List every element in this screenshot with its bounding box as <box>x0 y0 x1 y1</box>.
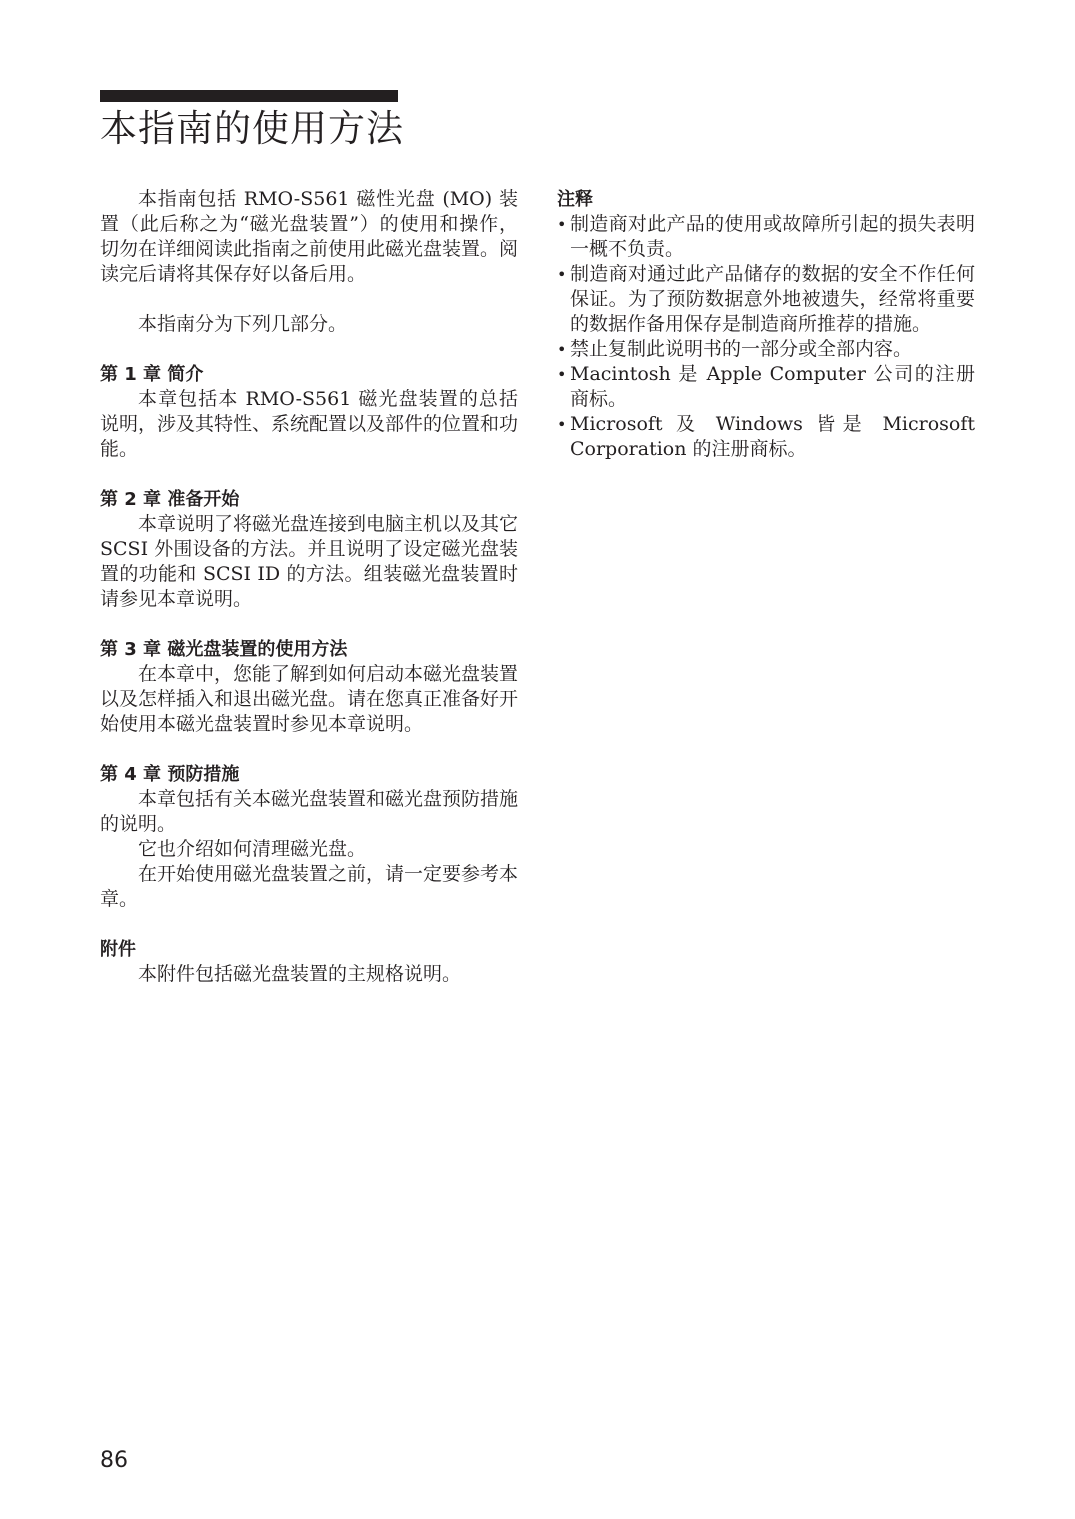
bullet-icon: • <box>557 362 566 387</box>
section-heading: 第 4 章 预防措施 <box>100 762 518 787</box>
intro-paragraph: 本指南包括 RMO-S561 磁性光盘 (MO) 装置（此后称之为“磁光盘装置”… <box>100 187 518 287</box>
section-heading: 附件 <box>100 937 518 962</box>
title-rule <box>100 90 398 102</box>
note-item: • Macintosh 是 Apple Computer 公司的注册商标。 <box>557 362 975 412</box>
note-text: 制造商对此产品的使用或故障所引起的损失表明一概不负责。 <box>570 213 975 260</box>
section-paragraph: 本章包括本 RMO-S561 磁光盘装置的总括说明，涉及其特性、系统配置以及部件… <box>100 387 518 462</box>
chapter-1-section: 第 1 章 简介 本章包括本 RMO-S561 磁光盘装置的总括说明，涉及其特性… <box>100 362 518 462</box>
appendix-section: 附件 本附件包括磁光盘装置的主规格说明。 <box>100 937 518 987</box>
section-paragraph: 本章包括有关本磁光盘装置和磁光盘预防措施的说明。 <box>100 787 518 837</box>
bullet-icon: • <box>557 337 566 362</box>
chapter-2-section: 第 2 章 准备开始 本章说明了将磁光盘连接到电脑主机以及其它 SCSI 外围设… <box>100 487 518 612</box>
section-paragraph: 本附件包括磁光盘装置的主规格说明。 <box>100 962 518 987</box>
bullet-icon: • <box>557 212 566 237</box>
bullet-icon: • <box>557 262 566 287</box>
chapter-4-section: 第 4 章 预防措施 本章包括有关本磁光盘装置和磁光盘预防措施的说明。 它也介绍… <box>100 762 518 912</box>
note-text: 禁止复制此说明书的一部分或全部内容。 <box>570 338 912 360</box>
section-paragraph: 本章说明了将磁光盘连接到电脑主机以及其它 SCSI 外围设备的方法。并且说明了设… <box>100 512 518 612</box>
page-number: 86 <box>100 1447 128 1475</box>
notes-heading: 注释 <box>557 187 975 212</box>
section-heading: 第 3 章 磁光盘装置的使用方法 <box>100 637 518 662</box>
note-text: Macintosh 是 Apple Computer 公司的注册商标。 <box>570 363 975 410</box>
intro-paragraph: 本指南分为下列几部分。 <box>100 312 518 337</box>
notes-list: • 制造商对此产品的使用或故障所引起的损失表明一概不负责。 • 制造商对通过此产… <box>557 212 975 462</box>
section-paragraph: 它也介绍如何清理磁光盘。 <box>100 837 518 862</box>
page-title: 本指南的使用方法 <box>100 104 404 154</box>
section-heading: 第 1 章 简介 <box>100 362 518 387</box>
note-item: • Microsoft 及 Windows 皆是 Microsoft Corpo… <box>557 412 975 462</box>
section-paragraph: 在开始使用磁光盘装置之前，请一定要参考本章。 <box>100 862 518 912</box>
bullet-icon: • <box>557 412 566 437</box>
note-text: 制造商对通过此产品储存的数据的安全不作任何保证。为了预防数据意外地被遗失，经常将… <box>570 263 975 335</box>
note-item: • 制造商对此产品的使用或故障所引起的损失表明一概不负责。 <box>557 212 975 262</box>
section-paragraph: 在本章中，您能了解到如何启动本磁光盘装置以及怎样插入和退出磁光盘。请在您真正准备… <box>100 662 518 737</box>
left-column: 本指南包括 RMO-S561 磁性光盘 (MO) 装置（此后称之为“磁光盘装置”… <box>100 187 518 987</box>
note-item: • 禁止复制此说明书的一部分或全部内容。 <box>557 337 975 362</box>
section-heading: 第 2 章 准备开始 <box>100 487 518 512</box>
note-item: • 制造商对通过此产品储存的数据的安全不作任何保证。为了预防数据意外地被遗失，经… <box>557 262 975 337</box>
note-text: Microsoft 及 Windows 皆是 Microsoft Corpora… <box>570 413 975 460</box>
right-column: 注释 • 制造商对此产品的使用或故障所引起的损失表明一概不负责。 • 制造商对通… <box>557 187 975 462</box>
chapter-3-section: 第 3 章 磁光盘装置的使用方法 在本章中，您能了解到如何启动本磁光盘装置以及怎… <box>100 637 518 737</box>
